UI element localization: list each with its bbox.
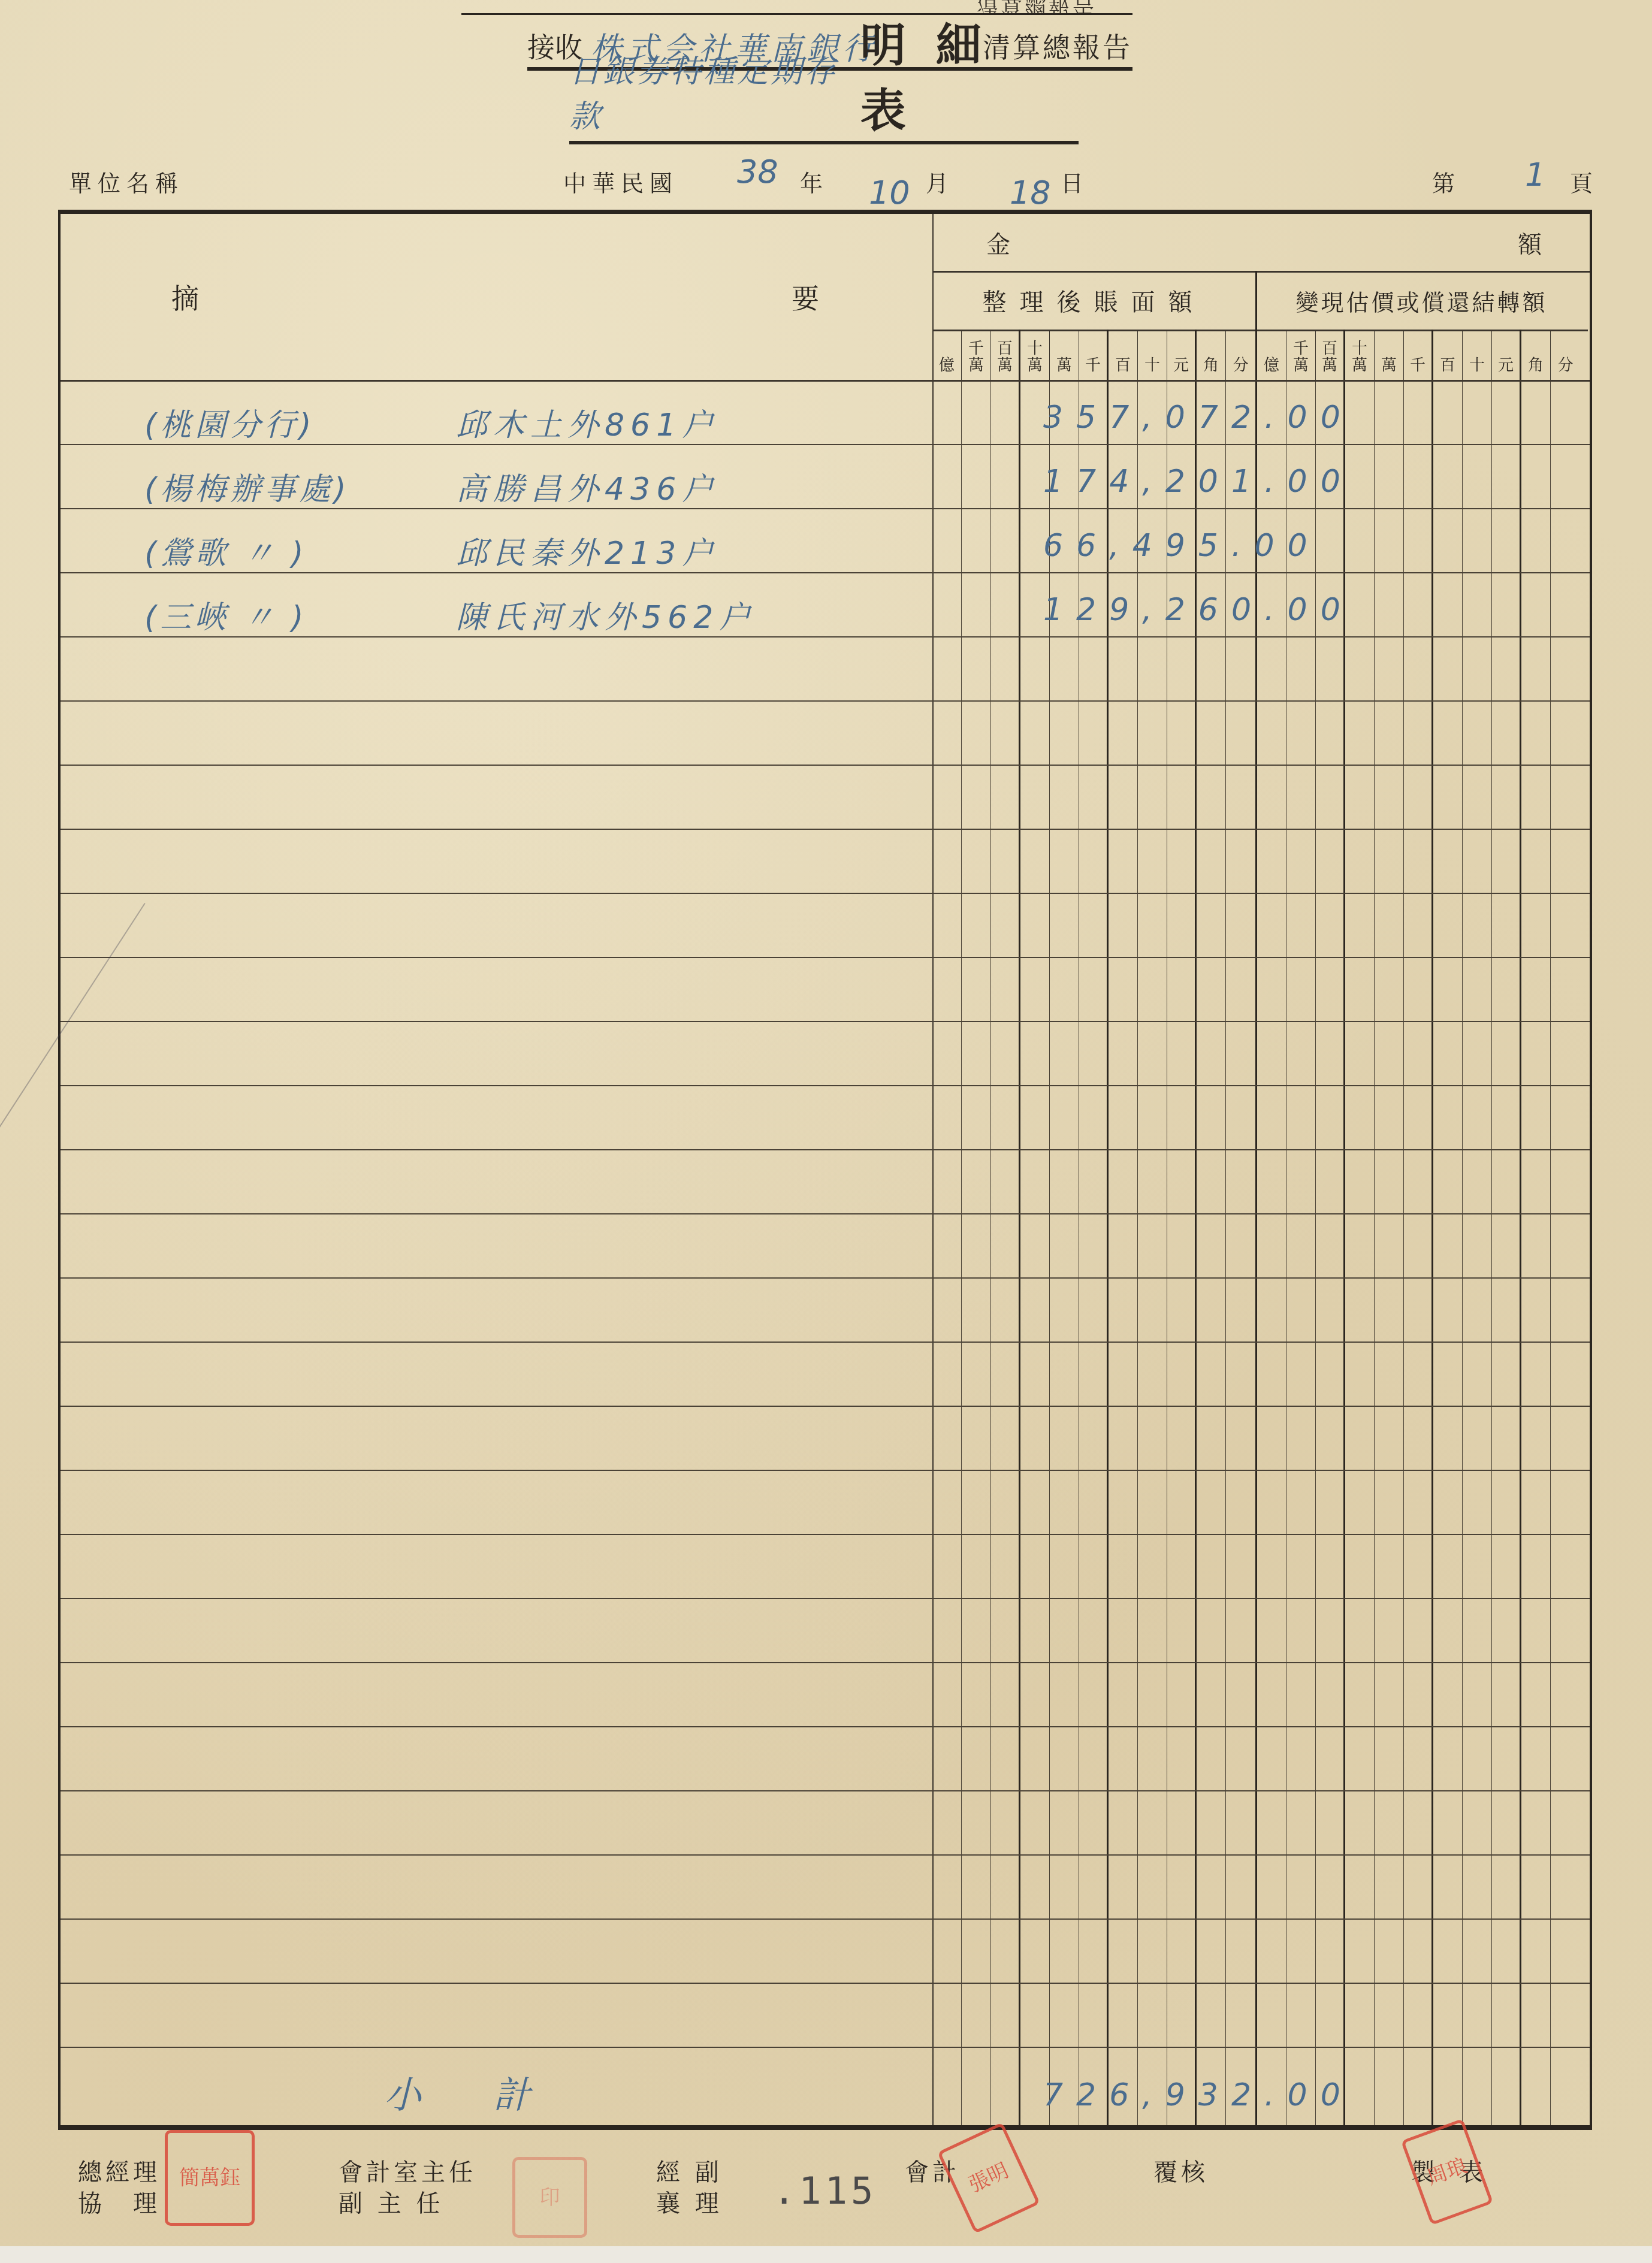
grid-column [1197, 380, 1226, 2125]
unit-headers-realized: 億千萬百萬十萬萬千百十元角分 [1257, 330, 1580, 380]
signature-line1: 覆核 [1153, 2157, 1209, 2188]
unit-header-bottom: 分 [1557, 357, 1573, 374]
seal-stamp: 周琅 [1401, 2119, 1494, 2226]
day-label: 日 [1061, 165, 1089, 198]
row-book-amount: 174,201.00 [1043, 464, 1307, 500]
row-branch: (桃園分行) [144, 400, 456, 445]
detail-table: 摘 要 金 額 整理後賬面額 變現估價或償還結轉額 億千萬百萬十萬萬千百十元角分… [58, 210, 1592, 2130]
row-divider [61, 1085, 1590, 1086]
signature-reviewer: 覆核 [1153, 2157, 1209, 2188]
table-row: (楊梅辦事處) 高勝昌外436户 [144, 464, 719, 509]
row-divider [61, 1277, 1590, 1279]
grid-column [1226, 380, 1255, 2125]
unit-header: 十萬 [1020, 330, 1050, 380]
row-book-amount: 66,495.00 [1043, 528, 1307, 564]
amount-header: 金 額 [932, 214, 1590, 273]
grid-column [1316, 380, 1345, 2125]
row-divider [61, 1213, 1590, 1214]
page-prefix: 第 [1432, 165, 1461, 198]
header-bottom-line [61, 380, 1590, 382]
grid-column [1138, 380, 1167, 2125]
row-book-amount: 357,072.00 [1043, 400, 1307, 436]
unit-header: 千 [1404, 330, 1433, 380]
group-book-amount-header: 整理後賬面額 [932, 271, 1255, 331]
scan-margin [0, 2246, 1652, 2263]
unit-header-top: 百 [997, 340, 1013, 357]
row-divider [61, 1918, 1590, 1920]
unit-header-bottom: 萬 [1352, 357, 1367, 374]
unit-header-bottom: 萬 [997, 357, 1013, 374]
unit-header-bottom: 千 [1085, 357, 1101, 374]
row-divider [61, 1149, 1590, 1150]
row-divider [61, 1726, 1590, 1727]
row-divider [61, 1854, 1590, 1856]
row-divider [61, 2047, 1590, 2048]
seal-stamp: 張明 [937, 2122, 1040, 2234]
unit-header-bottom: 萬 [1293, 357, 1309, 374]
row-holder: 高勝昌外436户 [456, 464, 719, 509]
grid-column [1492, 380, 1521, 2125]
row-divider [61, 1790, 1590, 1791]
unit-header: 萬 [1375, 330, 1404, 380]
group-realized-amount-header: 變現估價或償還結轉額 [1255, 271, 1588, 331]
grid-column [1167, 380, 1197, 2125]
unit-header: 千 [1079, 330, 1109, 380]
row-branch: (三峽 〃 ) [144, 592, 456, 637]
unit-header: 元 [1167, 330, 1197, 380]
unit-header-bottom: 億 [1264, 357, 1279, 374]
unit-header-bottom: 億 [939, 357, 955, 374]
signature-line1: 會計室主任 [339, 2157, 476, 2188]
grid-column [1257, 380, 1286, 2125]
unit-headers-book: 億千萬百萬十萬萬千百十元角分 [932, 330, 1255, 380]
summary-header-left: 摘 [171, 277, 199, 316]
unit-header-bottom: 角 [1528, 357, 1544, 374]
unit-header-bottom: 元 [1498, 357, 1514, 374]
row-divider [61, 1983, 1590, 1984]
signature-line2: 協 理 [78, 2188, 161, 2219]
archive-number: .115 [773, 2169, 877, 2213]
signature-line2: 襄 理 [656, 2188, 723, 2219]
unit-header: 分 [1226, 330, 1255, 380]
unit-header: 百 [1433, 330, 1463, 380]
year-label: 年 [800, 165, 829, 198]
row-divider [61, 1021, 1590, 1022]
row-branch: (楊梅辦事處) [144, 464, 456, 509]
unit-header: 元 [1492, 330, 1521, 380]
unit-header: 角 [1521, 330, 1551, 380]
unit-header-bottom: 萬 [1027, 357, 1043, 374]
page-number: 1 [1525, 156, 1545, 194]
unit-header: 十 [1138, 330, 1167, 380]
unit-header-bottom: 萬 [1381, 357, 1397, 374]
unit-header-bottom: 十 [1469, 357, 1485, 374]
unit-header-top: 十 [1352, 340, 1367, 357]
row-divider [61, 1662, 1590, 1663]
signature-deputy-manager: 經 副 襄 理 [656, 2157, 723, 2219]
summary-header-right: 要 [792, 277, 819, 316]
unit-header: 億 [1257, 330, 1286, 380]
row-holder: 邱木土外861户 [456, 400, 719, 445]
table-row: (鶯歌 〃 ) 邱民秦外213户 [144, 528, 719, 573]
row-book-amount: 129,260.00 [1043, 592, 1307, 628]
grid-column [1433, 380, 1463, 2125]
unit-header: 角 [1197, 330, 1226, 380]
unit-header: 百萬 [1316, 330, 1345, 380]
unit-header-top: 千 [968, 340, 984, 357]
date-prefix: 中華民國 [563, 165, 678, 198]
unit-header: 十萬 [1345, 330, 1375, 380]
seal-stamp: 印 [512, 2157, 587, 2238]
date-day: 18 [1010, 174, 1051, 212]
signature-line1: 總經理 [78, 2157, 161, 2188]
row-divider [61, 1598, 1590, 1599]
row-holder: 邱民秦外213户 [456, 528, 719, 573]
amount-header-left: 金 [986, 226, 1010, 260]
amount-header-right: 額 [1518, 226, 1542, 260]
row-holder: 陳氏河水外562户 [456, 592, 756, 637]
unit-header-bottom: 角 [1203, 357, 1219, 374]
subtotal-book-amount: 726,932.00 [1043, 2077, 1307, 2113]
grid-column [991, 380, 1020, 2125]
seal-stamp: 簡萬鈺 [165, 2130, 255, 2226]
unit-header-bottom: 萬 [1056, 357, 1072, 374]
signature-line1: 經 副 [656, 2157, 723, 2188]
unit-header: 百 [1109, 330, 1138, 380]
unit-header: 千萬 [1286, 330, 1316, 380]
row-divider [61, 829, 1590, 830]
grid-column [1463, 380, 1492, 2125]
date-month: 10 [869, 174, 910, 212]
row-divider [61, 1342, 1590, 1343]
row-divider [61, 893, 1590, 894]
table-row: (三峽 〃 ) 陳氏河水外562户 [144, 592, 756, 637]
detail-title: 日銀券特種定期存款 明細表 [569, 90, 1079, 144]
unit-header-bottom: 萬 [1322, 357, 1337, 374]
signature-general-manager: 總經理 協 理 [78, 2157, 161, 2219]
row-branch: (鶯歌 〃 ) [144, 528, 456, 573]
row-divider [61, 1406, 1590, 1407]
row-divider [61, 700, 1590, 702]
grid-column [1521, 380, 1551, 2125]
unit-header: 分 [1551, 330, 1580, 380]
grid-column [1109, 380, 1138, 2125]
grid-column [962, 380, 991, 2125]
row-divider [61, 957, 1590, 958]
grid-column [1345, 380, 1375, 2125]
unit-header: 十 [1463, 330, 1492, 380]
signature-line2: 副 主 任 [339, 2188, 476, 2219]
month-label: 月 [926, 165, 955, 198]
grid-column [1050, 380, 1079, 2125]
unit-header-bottom: 千 [1410, 357, 1426, 374]
row-divider [61, 1534, 1590, 1535]
page-suffix: 頁 [1570, 165, 1599, 198]
unit-name-label: 單位名稱 [69, 165, 184, 198]
unit-header: 萬 [1050, 330, 1079, 380]
grid-column [932, 380, 962, 2125]
date-year: 38 [737, 153, 778, 191]
table-row: (桃園分行) 邱木土外861户 [144, 400, 719, 445]
grid-column [1020, 380, 1050, 2125]
grid-column [1079, 380, 1109, 2125]
row-divider [61, 1470, 1590, 1471]
grid-column [1375, 380, 1404, 2125]
detail-title-fixed: 明細表 [860, 9, 1079, 141]
grid-book [932, 380, 1255, 2125]
row-divider [61, 765, 1590, 766]
unit-header-bottom: 百 [1115, 357, 1131, 374]
grid-realized [1257, 380, 1580, 2125]
unit-header-bottom: 萬 [968, 357, 984, 374]
detail-title-category: 日銀券特種定期存款 [569, 46, 860, 141]
unit-header: 百萬 [991, 330, 1020, 380]
subtotal-label: 小計 [384, 2065, 602, 2119]
grid-column [1286, 380, 1316, 2125]
unit-header-top: 十 [1027, 340, 1043, 357]
unit-header-top: 百 [1322, 340, 1337, 357]
unit-header: 千萬 [962, 330, 991, 380]
unit-header-bottom: 分 [1233, 357, 1248, 374]
unit-header-top: 千 [1293, 340, 1309, 357]
unit-header-bottom: 十 [1144, 357, 1160, 374]
unit-header-bottom: 元 [1173, 357, 1189, 374]
grid-column [1404, 380, 1433, 2125]
grid-column [1551, 380, 1580, 2125]
unit-header-bottom: 百 [1440, 357, 1455, 374]
signature-accounting-chief: 會計室主任 副 主 任 [339, 2157, 476, 2219]
amount-columns: 金 額 整理後賬面額 變現估價或償還結轉額 億千萬百萬十萬萬千百十元角分 億千萬… [932, 214, 1590, 2125]
unit-header: 億 [932, 330, 962, 380]
